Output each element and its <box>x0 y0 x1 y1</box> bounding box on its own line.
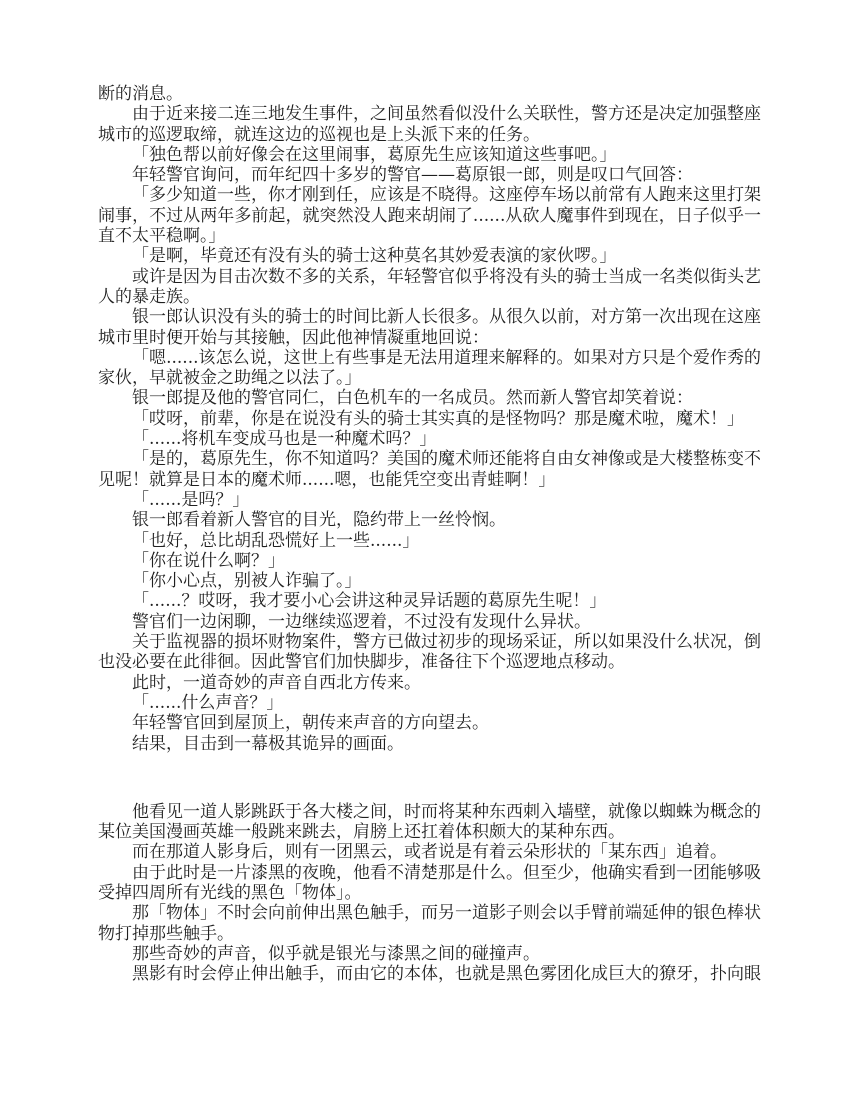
paragraph: 他看见一道人影跳跃于各大楼之间，时而将某种东西刺入墙壁，就像以蜘蛛为概念的某位美… <box>98 802 761 843</box>
paragraph: 银一郎看着新人警官的目光，隐约带上一丝怜悯。 <box>98 510 761 530</box>
paragraph: 由于近来接二连三地发生事件，之间虽然看似没什么关联性，警方还是决定加强整座城市的… <box>98 104 761 145</box>
paragraph: 黑影有时会停止伸出触手，而由它的本体，也就是黑色雾团化成巨大的獠牙，扑向眼 <box>98 964 761 984</box>
document-page: 断的消息。由于近来接二连三地发生事件，之间虽然看似没什么关联性，警方还是决定加强… <box>0 0 850 1100</box>
paragraph: 断的消息。 <box>98 84 761 104</box>
paragraph: 「你在说什么啊？」 <box>98 551 761 571</box>
paragraph: 警官们一边闲聊，一边继续巡逻着，不过没有发现什么异状。 <box>98 612 761 632</box>
paragraph: 或许是因为目击次数不多的关系，年轻警官似乎将没有头的骑士当成一名类似街头艺人的暴… <box>98 267 761 308</box>
paragraph: 「是啊，毕竟还有没有头的骑士这种莫名其妙爱表演的家伙啰。」 <box>98 246 761 266</box>
paragraph: 由于此时是一片漆黑的夜晚，他看不清楚那是什么。但至少，他确实看到一团能够吸受掉四… <box>98 863 761 904</box>
paragraph: 「多少知道一些，你才刚到任，应该是不晓得。这座停车场以前常有人跑来这里打架闹事，… <box>98 185 761 246</box>
paragraph: 「是的，葛原先生，你不知道吗？美国的魔术师还能将自由女神像或是大楼整栋变不见呢！… <box>98 449 761 490</box>
paragraph: 「嗯......该怎么说，这世上有些事是无法用道理来解释的。如果对方只是个爱作秀… <box>98 348 761 389</box>
section-break <box>98 754 761 802</box>
paragraph: 结果，目击到一幕极其诡异的画面。 <box>98 734 761 754</box>
paragraph: 此时，一道奇妙的声音自西北方传来。 <box>98 673 761 693</box>
paragraph: 那「物体」不时会向前伸出黑色触手，而另一道影子则会以手臂前端延伸的银色棒状物打掉… <box>98 903 761 944</box>
page-text: 断的消息。由于近来接二连三地发生事件，之间虽然看似没什么关联性，警方还是决定加强… <box>98 84 761 984</box>
paragraph: 「......？哎呀，我才要小心会讲这种灵异话题的葛原先生呢！」 <box>98 591 761 611</box>
paragraph: 年轻警官回到屋顶上，朝传来声音的方向望去。 <box>98 713 761 733</box>
paragraph: 关于监视器的损坏财物案件，警方已做过初步的现场采证，所以如果没什么状况，倒也没必… <box>98 632 761 673</box>
paragraph: 「独色帮以前好像会在这里闹事，葛原先生应该知道这些事吧。」 <box>98 145 761 165</box>
paragraph: 「也好，总比胡乱恐慌好上一些......」 <box>98 531 761 551</box>
paragraph: 「......将机车变成马也是一种魔术吗？」 <box>98 429 761 449</box>
paragraph: 「......什么声音？」 <box>98 693 761 713</box>
paragraph: 「......是吗？」 <box>98 490 761 510</box>
paragraph: 「哎呀，前辈，你是在说没有头的骑士其实真的是怪物吗？那是魔术啦，魔术！」 <box>98 409 761 429</box>
paragraph: 银一郎认识没有头的骑士的时间比新人长很多。从很久以前，对方第一次出现在这座城市里… <box>98 307 761 348</box>
paragraph: 年轻警官询问，而年纪四十多岁的警官——葛原银一郎，则是叹口气回答： <box>98 165 761 185</box>
paragraph: 那些奇妙的声音，似乎就是银光与漆黑之间的碰撞声。 <box>98 944 761 964</box>
paragraph: 「你小心点，别被人诈骗了。」 <box>98 571 761 591</box>
paragraph: 而在那道人影身后，则有一团黑云，或者说是有着云朵形状的「某东西」追着。 <box>98 842 761 862</box>
paragraph: 银一郎提及他的警官同仁，白色机车的一名成员。然而新人警官却笑着说： <box>98 388 761 408</box>
